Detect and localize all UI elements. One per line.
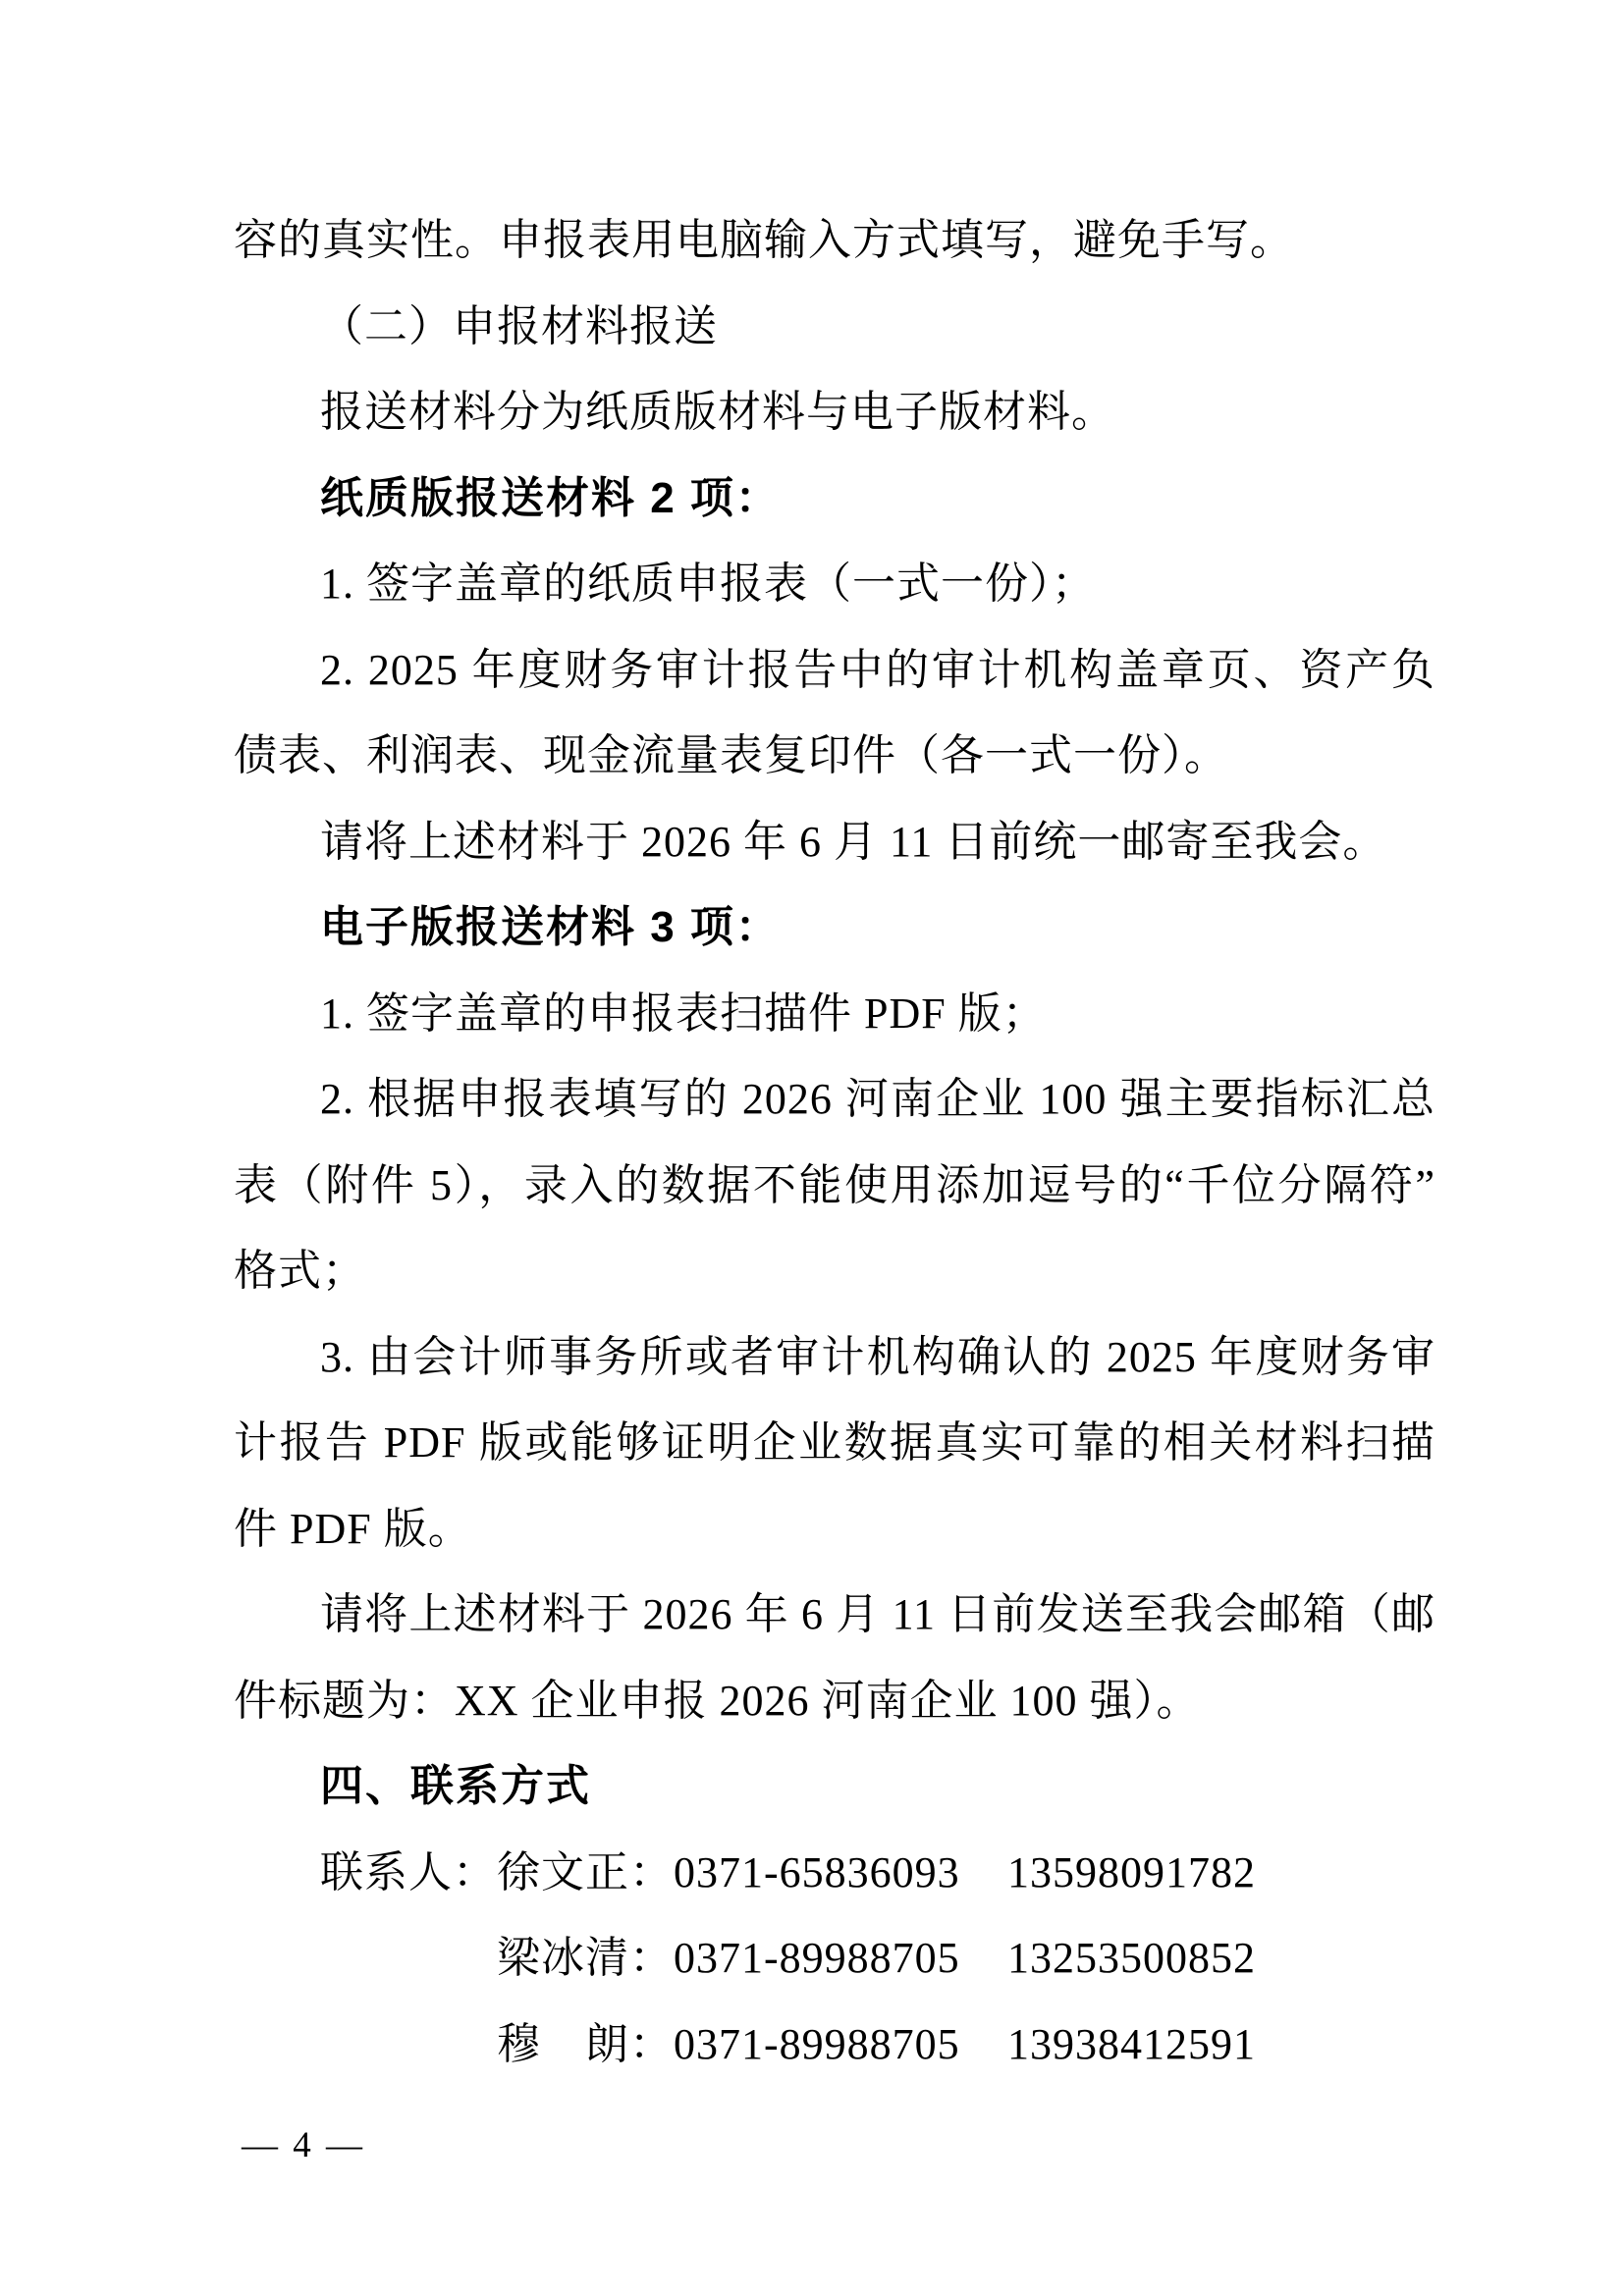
contact-mobile: 13598091782 — [1007, 1830, 1256, 1916]
paragraph-email-deadline: 请将上述材料于 2026 年 6 月 11 日前发送至我会邮箱（邮件标题为：XX… — [234, 1572, 1435, 1743]
contact-prefix: 联系人： — [320, 1830, 497, 1916]
contact-mobile: 13938412591 — [1007, 2002, 1256, 2088]
electronic-item-2: 2. 根据申报表填写的 2026 河南企业 100 强主要指标汇总表（附件 5）… — [234, 1056, 1435, 1314]
contact-name: 徐文正： — [497, 1830, 674, 1916]
contact-mobile: 13253500852 — [1007, 1915, 1256, 2002]
paragraph-continuation: 容的真实性。申报表用电脑输入方式填写，避免手写。 — [234, 197, 1435, 284]
heading-paper-materials: 纸质版报送材料 2 项： — [234, 455, 1435, 542]
contact-row: 穆 朗： 0371-89988705 13938412591 — [234, 2002, 1435, 2088]
paragraph-mail-deadline: 请将上述材料于 2026 年 6 月 11 日前统一邮寄至我会。 — [234, 799, 1435, 885]
page-number: — 4 — — [242, 2124, 365, 2167]
heading-electronic-materials: 电子版报送材料 3 项： — [234, 884, 1435, 971]
paper-item-1: 1. 签字盖章的纸质申报表（一式一份）； — [234, 541, 1435, 627]
contact-prefix — [320, 1915, 497, 2002]
contact-phone: 0371-65836093 — [674, 1830, 1007, 1916]
contact-prefix — [320, 2002, 497, 2088]
document-page: 容的真实性。申报表用电脑输入方式填写，避免手写。 （二）申报材料报送 报送材料分… — [0, 0, 1624, 2296]
contact-name: 穆 朗： — [497, 2002, 674, 2088]
contact-phone: 0371-89988705 — [674, 1915, 1007, 2002]
subsection-heading-material-submission: （二）申报材料报送 — [234, 284, 1435, 370]
contact-phone: 0371-89988705 — [674, 2002, 1007, 2088]
contact-row: 联系人： 徐文正： 0371-65836093 13598091782 — [234, 1830, 1435, 1916]
contact-row: 梁冰清： 0371-89988705 13253500852 — [234, 1915, 1435, 2002]
paper-item-2: 2. 2025 年度财务审计报告中的审计机构盖章页、资产负债表、利润表、现金流量… — [234, 627, 1435, 799]
document-content: 容的真实性。申报表用电脑输入方式填写，避免手写。 （二）申报材料报送 报送材料分… — [234, 197, 1435, 2087]
electronic-item-3: 3. 由会计师事务所或者审计机构确认的 2025 年度财务审计报告 PDF 版或… — [234, 1314, 1435, 1573]
electronic-item-1: 1. 签字盖章的申报表扫描件 PDF 版； — [234, 971, 1435, 1057]
paragraph-material-types: 报送材料分为纸质版材料与电子版材料。 — [234, 369, 1435, 455]
contact-name: 梁冰清： — [497, 1915, 674, 2002]
heading-contact-info: 四、联系方式 — [234, 1743, 1435, 1830]
